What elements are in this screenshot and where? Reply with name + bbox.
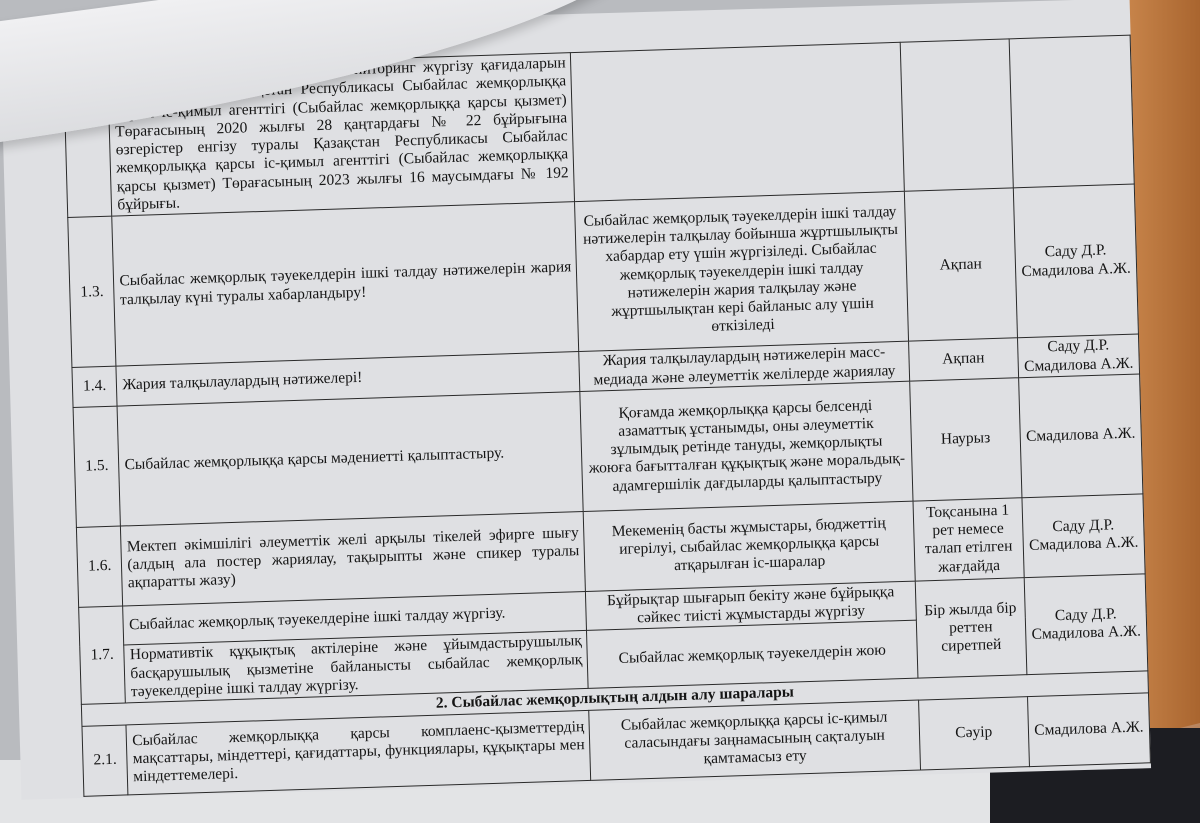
row-number: 1.5. (73, 406, 121, 527)
row-number: 1.7. (79, 606, 126, 705)
responsible-person: Смадилова А.Ж. (1031, 623, 1141, 645)
term-cell: Бір жылда бір реттен сиретпей (915, 577, 1027, 678)
responsible-cell: Саду Д.Р. Смадилова А.Ж. (1013, 184, 1138, 338)
responsible-person: Смадилова А.Ж. (1026, 425, 1136, 447)
form-cell: Сыбайлас жемқорлық тәуекелдерін жою (587, 620, 918, 688)
form-cell: Сыбайлас жемқорлық тәуекелдерін ішкі тал… (575, 192, 908, 352)
row-number: 2.1. (82, 724, 128, 795)
form-cell (571, 42, 904, 202)
term-cell: Ақпан (904, 188, 1018, 341)
term-cell: Ақпан (908, 338, 1019, 381)
form-cell: Қоғамда жемқорлыққа қарсы белсенді азама… (580, 381, 912, 511)
responsible-cell: Саду Д.Р. Смадилова А.Ж. (1017, 334, 1139, 377)
responsible-person: Смадилова А.Ж. (1034, 718, 1144, 740)
row-number: 1.3. (68, 216, 117, 367)
responsible-person: Смадилова А.Ж. (1029, 534, 1139, 556)
term-cell: Наурыз (909, 378, 1022, 501)
row-number: 1.6. (76, 526, 123, 607)
action-plan-table: "Сыбайлас жемқорлыққа қарсы мониторинг ж… (63, 35, 1151, 797)
term-cell: Сәуір (918, 696, 1029, 769)
responsible-person: Смадилова А.Ж. (1024, 354, 1134, 376)
term-cell: Тоқсанына 1 рет немесе талап етілген жағ… (913, 498, 1025, 581)
row-number: 1.4. (72, 366, 117, 407)
responsible-cell: Саду Д.Р. Смадилова А.Ж. (1024, 574, 1148, 675)
term-cell (900, 39, 1014, 192)
form-cell: Мекеменің басты жұмыстары, бюджеттің иге… (584, 501, 915, 591)
activity-cell: Сыбайлас жемқорлыққа қарсы мәдениетті қа… (117, 391, 583, 525)
responsible-cell: Смадилова А.Ж. (1019, 374, 1143, 498)
document-page: Сабақтан босату тура... "Сыбайлас жемқор… (0, 0, 1151, 800)
form-cell: Сыбайлас жемқорлыққа қарсы іс-қимыл сала… (589, 700, 920, 780)
activity-cell: Сыбайлас жемқорлыққа қарсы комплаенс-қыз… (126, 710, 591, 795)
activity-cell: Сыбайлас жемқорлық тәуекелдерін ішкі тал… (112, 202, 579, 366)
responsible-cell: Саду Д.Р. Смадилова А.Ж. (1022, 494, 1145, 578)
activity-cell: Мектеп әкімшілігі әлеуметтік желі арқылы… (121, 511, 586, 606)
responsible-cell: Смадилова А.Ж. (1028, 692, 1151, 766)
responsible-cell (1009, 35, 1134, 188)
responsible-person: Смадилова А.Ж. (1021, 259, 1131, 281)
